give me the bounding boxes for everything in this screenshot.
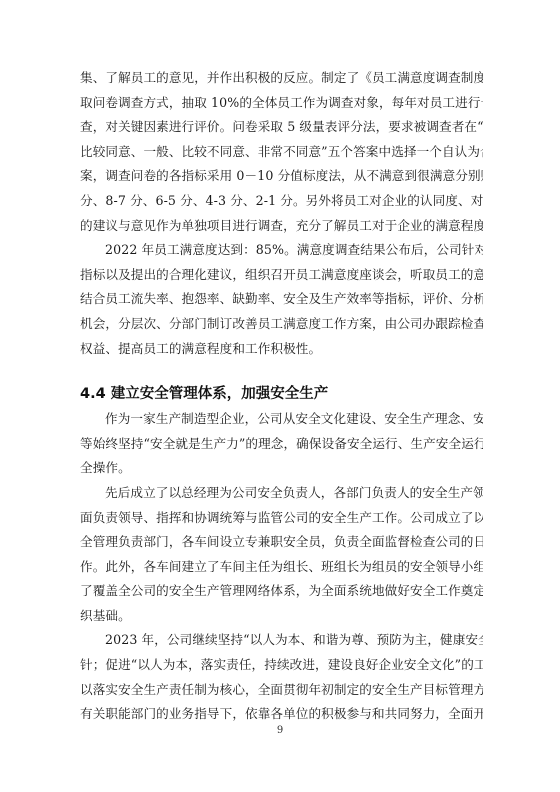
text-line: 有关职能部门的业务指导下，依靠各单位的积极参与和共同努力，全面开展对安全生 [80, 702, 483, 727]
paragraph-satisfaction-2022: 2022 年员工满意度达到：85%。满意度调查结果公布后，公司针对员工不满意的 … [80, 238, 483, 361]
paragraph-safety-2023: 2023 年，公司继续坚持“以人为本、和谐为尊、预防为主，健康安全”为方 针；促… [80, 628, 483, 726]
text-line: 取问卷调查方式，抽取 10%的全体员工作为调查对象，每年对员工进行一次满意度调 [80, 91, 483, 116]
section-heading: 4.4 建立安全管理体系，加强安全生产 [80, 381, 483, 407]
section-gap [80, 361, 483, 379]
page-body: 集、了解员工的意见，并作出积极的反应。制定了《员工满意度调查制度》，规定采 取问… [80, 66, 483, 727]
text-line: 作。此外，各车间建立了车间主任为组长、班组长为组员的安全领导小组，从而形成 [80, 555, 483, 580]
text-line: 查，对关键因素进行评价。问卷采取 5 级量表评分法，要求被调查者在“非常同意、 [80, 115, 483, 140]
text-line: 案，调查问卷的各指标采用 0－10 分值标度法，从不满意到很满意分别赋予 10-… [80, 164, 483, 189]
text-line: 指标以及提出的合理化建议，组织召开员工满意度座谈会，听取员工的意见与建议， [80, 263, 483, 288]
text-line: 了覆盖全公司的安全生产管理网络体系，为全面系统地做好安全工作奠定了坚实的组 [80, 579, 483, 604]
text-line: 分、8-7 分、6-5 分、4-3 分、2-1 分。另外将员工对企业的认同度、对… [80, 189, 483, 214]
text-line: 面负责领导、指挥和协调统筹与监管公司的安全生产工作。公司成立了以生产部为安 [80, 506, 483, 531]
text-line: 权益、提高员工的满意程度和工作积极性。 [80, 337, 483, 362]
text-line: 2023 年，公司继续坚持“以人为本、和谐为尊、预防为主，健康安全”为方 [80, 628, 483, 653]
paragraph-survey-method: 集、了解员工的意见，并作出积极的反应。制定了《员工满意度调查制度》，规定采 取问… [80, 66, 483, 238]
text-line: 织基础。 [80, 604, 483, 629]
text-line: 先后成立了以总经理为公司安全负责人，各部门负责人的安全生产领导小组，全 [80, 481, 483, 506]
text-line: 全操作。 [80, 456, 483, 481]
text-line: 的建议与意见作为单独项目进行调查，充分了解员工对于企业的满意程度。 [80, 214, 483, 239]
text-line: 结合员工流失率、抱怨率、缺勤率、安全及生产效率等指标，评价、分析找出改进的 [80, 287, 483, 312]
paragraph-safety-organization: 先后成立了以总经理为公司安全负责人，各部门负责人的安全生产领导小组，全 面负责领… [80, 481, 483, 629]
text-line: 2022 年员工满意度达到：85%。满意度调查结果公布后，公司针对员工不满意的 [80, 238, 483, 263]
text-line: 针；促进“以人为本，落实责任，持续改进，建设良好企业安全文化”的工作原则， [80, 653, 483, 678]
text-line: 等始终坚持“安全就是生产力”的理念，确保设备安全运行、生产安全运行、员工安 [80, 432, 483, 457]
page-number: 9 [0, 725, 560, 736]
text-line: 比较同意、一般、比较不同意、非常不同意”五个答案中选择一个自认为合适的答 [80, 140, 483, 165]
document-page: 集、了解员工的意见，并作出积极的反应。制定了《员工满意度调查制度》，规定采 取问… [0, 0, 560, 792]
text-line: 机会，分层次、分部门制订改善员工满意度工作方案，由公司办跟踪检查，维护员工 [80, 312, 483, 337]
text-line: 全管理负责部门，各车间设立专兼职安全员，负责全面监督检查公司的日常安全工 [80, 530, 483, 555]
text-line: 以落实安全生产责任制为核心，全面贯彻年初制定的安全生产目标管理方针，在政府 [80, 678, 483, 703]
text-line: 集、了解员工的意见，并作出积极的反应。制定了《员工满意度调查制度》，规定采 [80, 66, 483, 91]
text-line: 作为一家生产制造型企业，公司从安全文化建设、安全生产理念、安全生产管理 [80, 407, 483, 432]
paragraph-safety-intro: 作为一家生产制造型企业，公司从安全文化建设、安全生产理念、安全生产管理 等始终坚… [80, 407, 483, 481]
